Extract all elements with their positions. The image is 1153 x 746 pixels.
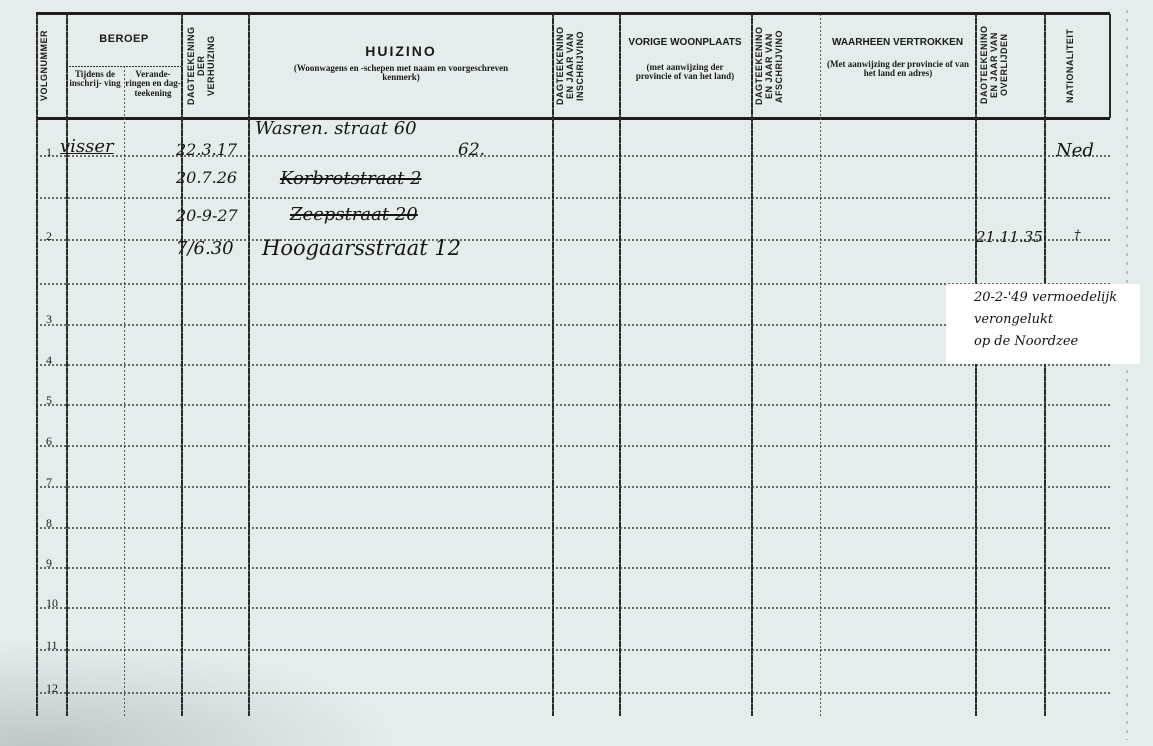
handwritten-address-struck: Zeepstraat 20 bbox=[290, 204, 418, 225]
row-number: 4 bbox=[46, 353, 52, 368]
row-line bbox=[36, 527, 1110, 529]
header-vorige-woonplaats: VORIGE WOONPLAATS bbox=[625, 38, 745, 49]
header-beroep: BEROEP bbox=[68, 34, 180, 46]
header-beroep-tijdens: Tijdens de inschrij- ving bbox=[67, 70, 123, 89]
header-bottom-rule bbox=[36, 117, 1110, 120]
header-volgnummer: VOLGNUMMER bbox=[40, 20, 62, 112]
header-nationaliteit: NATIONALITEIT bbox=[1066, 20, 1090, 112]
row-number: 11 bbox=[46, 638, 58, 653]
row-line bbox=[36, 607, 1110, 609]
death-mark: † bbox=[1074, 228, 1081, 243]
row-number: 5 bbox=[46, 393, 52, 408]
header-dagteekening-overlijden: DAOTEEKENINO EN JAAR VAN OVERLIJDEN bbox=[980, 16, 1040, 114]
row-line bbox=[36, 445, 1110, 447]
column-line bbox=[124, 66, 125, 716]
handwritten-date: 20-9-27 bbox=[176, 206, 238, 225]
row-number: 6 bbox=[46, 434, 52, 449]
row-line bbox=[36, 364, 1110, 366]
pasted-note-line: 20-2-'49 vermoedelijk bbox=[974, 290, 1117, 305]
pasted-note-line: verongelukt bbox=[974, 312, 1053, 327]
handwritten-beroep: visser bbox=[60, 136, 114, 157]
handwritten-address: Hoogaarsstraat 12 bbox=[262, 236, 461, 260]
row-line bbox=[36, 197, 1110, 199]
header-waarheen-vertrokken: WAARHEEN VERTROKKEN bbox=[830, 38, 965, 49]
row-number: 9 bbox=[46, 556, 52, 571]
row-number: 8 bbox=[46, 516, 52, 531]
handwritten-address: 62. bbox=[458, 140, 485, 160]
row-number: 10 bbox=[46, 596, 58, 611]
header-huizing: HUIZINO bbox=[250, 44, 552, 59]
handwritten-address: Wasren. straat 60 bbox=[255, 118, 417, 139]
header-dagteekening-verhuizing: DAGTEEKENING DER VERHUIZING bbox=[187, 18, 243, 114]
handwritten-nationaliteit: Ned bbox=[1056, 140, 1094, 161]
pasted-note: 20-2-'49 vermoedelijk verongelukt op de … bbox=[946, 284, 1140, 364]
handwritten-address-struck: Korbrotstraat 2 bbox=[280, 168, 422, 189]
row-number: 7 bbox=[46, 475, 52, 490]
row-number: 12 bbox=[46, 681, 58, 696]
row-line bbox=[36, 567, 1110, 569]
handwritten-overlijden-date: 21.11.35 bbox=[976, 228, 1043, 246]
handwritten-date: 20.7.26 bbox=[176, 168, 237, 187]
beroep-subdivider bbox=[66, 66, 181, 67]
row-line bbox=[36, 649, 1110, 651]
header-huizing-sub: (Woonwagens en -schepen met naam en voor… bbox=[290, 64, 512, 83]
handwritten-date: 7/6.30 bbox=[176, 238, 234, 259]
header-dagteekening-afschrijving: DAGTEEKENINO EN JAAR VAN AFSCHRIJVINO bbox=[755, 18, 817, 114]
row-number: 1 bbox=[46, 145, 52, 160]
header-beroep-veranderingen: Verande- ringen en dag- teekening bbox=[125, 70, 181, 98]
row-line bbox=[36, 404, 1110, 406]
column-line bbox=[1109, 14, 1111, 118]
pasted-note-line: op de Noordzee bbox=[974, 334, 1078, 349]
handwritten-date: 22.3.17 bbox=[176, 140, 237, 159]
row-number: 2 bbox=[46, 229, 52, 244]
header-vorige-woonplaats-sub: (met aanwijzing der provincie of van het… bbox=[630, 63, 740, 82]
header-dagteekening-inschrijving: DAGTEEKENINO EN JAAR VAN INSCHRIJVINO bbox=[556, 18, 616, 114]
row-number: 3 bbox=[46, 312, 52, 327]
register-card: VOLGNUMMER BEROEP Tijdens de inschrij- v… bbox=[0, 0, 1153, 746]
card-edge bbox=[1126, 10, 1128, 740]
top-rule bbox=[36, 12, 1110, 15]
row-line bbox=[36, 692, 1110, 694]
header-waarheen-sub: (Met aanwijzing der provincie of van het… bbox=[823, 60, 973, 79]
row-line bbox=[36, 486, 1110, 488]
